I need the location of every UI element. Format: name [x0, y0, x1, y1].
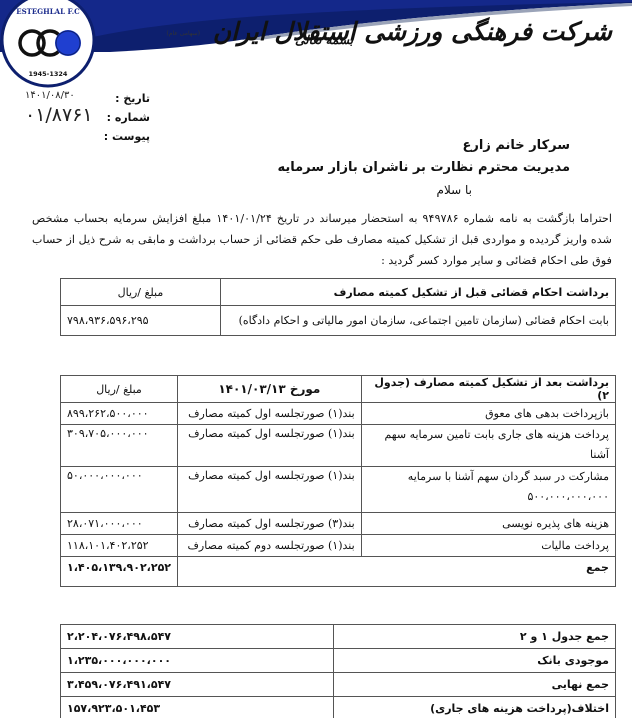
- table-row: مشارکت در سبد گردان سهم آشنا با سرمایه ۵…: [61, 467, 616, 513]
- table-total-row: جمع ۱،۴۰۵،۱۳۹،۹۰۲،۲۵۲: [61, 557, 616, 587]
- company-name-text: شرکت فرهنگی ورزشی استقلال ایران: [213, 17, 612, 46]
- row-amount: ۷۹۸،۹۳۶،۵۹۶،۲۹۵: [61, 306, 221, 336]
- table-row: اختلاف(پرداخت هزینه های جاری) ۱۵۷،۹۲۳،۵۰…: [61, 697, 616, 718]
- row-reference: بند(۱) صورتجلسه دوم کمیته مصارف: [178, 535, 362, 557]
- company-name: شرکت فرهنگی ورزشی استقلال ایران (سهامی ع…: [166, 17, 612, 46]
- row-amount: ۸۹۹،۲۶۲،۵۰۰،۰۰۰: [61, 403, 178, 425]
- svg-text:ESTEGHLAL F.C: ESTEGHLAL F.C: [16, 7, 80, 16]
- header-amount: مبلغ /ریال: [61, 279, 221, 306]
- date-value: ۱۴۰۱/۰۸/۳۰: [25, 90, 75, 101]
- recipient-department: مدیریت محترم نظارت بر ناشران بازار سرمای…: [277, 160, 570, 175]
- table-row: پرداخت مالیات بند(۱) صورتجلسه دوم کمیته …: [61, 535, 616, 557]
- row-amount: ۲۸،۰۷۱،۰۰۰،۰۰۰: [61, 513, 178, 535]
- row-amount: ۳،۴۵۹،۰۷۶،۴۹۱،۵۴۷: [61, 673, 334, 697]
- table-row: هزینه های پذیره نویسی بند(۳) صورتجلسه او…: [61, 513, 616, 535]
- row-amount: ۵۰،۰۰۰،۰۰۰،۰۰۰: [61, 467, 178, 513]
- row-description: مشارکت در سبد گردان سهم آشنا با سرمایه ۵…: [361, 467, 615, 513]
- esteghlal-logo: ESTEGHLAL F.C 1945-1324: [0, 0, 132, 92]
- row-reference: بند(۱) صورتجلسه اول کمیته مصارف: [178, 403, 362, 425]
- table-row: بابت احکام قضائی (سازمان تامین اجتماعی، …: [61, 306, 616, 336]
- row-description: هزینه های پذیره نویسی: [361, 513, 615, 535]
- row-amount: ۱،۲۳۵،۰۰۰،۰۰۰،۰۰۰: [61, 649, 334, 673]
- header-description: برداشت احکام قضائی قبل از تشکیل کمیته مص…: [220, 279, 615, 306]
- header-amount: مبلغ /ریال: [61, 376, 178, 403]
- table-header-row: برداشت بعد از تشکیل کمیته مصارف (جدول ۲)…: [61, 376, 616, 403]
- post-committee-withdrawals-table: برداشت بعد از تشکیل کمیته مصارف (جدول ۲)…: [60, 375, 616, 587]
- number-label: شماره :: [107, 111, 150, 124]
- greeting: با سلام: [437, 183, 472, 197]
- row-amount: ۲،۲۰۴،۰۷۶،۴۹۸،۵۴۷: [61, 625, 334, 649]
- header-reference: مورخ ۱۴۰۱/۰۳/۱۳: [178, 376, 362, 403]
- judicial-withdrawals-table: برداشت احکام قضائی قبل از تشکیل کمیته مص…: [60, 278, 616, 336]
- row-amount: ۳۰۹،۷۰۵،۰۰۰،۰۰۰: [61, 425, 178, 467]
- row-label: جمع جدول ۱ و ۲: [333, 625, 615, 649]
- row-label: جمع نهایی: [333, 673, 615, 697]
- table-header-row: برداشت احکام قضائی قبل از تشکیل کمیته مص…: [61, 279, 616, 306]
- row-amount: ۱۱۸،۱۰۱،۴۰۲،۲۵۲: [61, 535, 178, 557]
- summary-table: جمع جدول ۱ و ۲ ۲،۲۰۴،۰۷۶،۴۹۸،۵۴۷ موجودی …: [60, 624, 616, 718]
- row-amount: ۱۵۷،۹۲۳،۵۰۱،۴۵۳: [61, 697, 334, 718]
- total-label: جمع: [178, 557, 616, 587]
- recipient-name: سرکار خانم زارع: [463, 138, 570, 153]
- row-description: بابت احکام قضائی (سازمان تامین اجتماعی، …: [220, 306, 615, 336]
- attachment-label: پیوست :: [104, 130, 150, 143]
- row-description: بازپرداخت بدهی های معوق: [361, 403, 615, 425]
- row-label: موجودی بانک: [333, 649, 615, 673]
- table-row: پرداخت هزینه های جاری بابت تامین سرمایه …: [61, 425, 616, 467]
- table-row: جمع نهایی ۳،۴۵۹،۰۷۶،۴۹۱،۵۴۷: [61, 673, 616, 697]
- row-description: پرداخت هزینه های جاری بابت تامین سرمایه …: [361, 425, 615, 467]
- total-amount: ۱،۴۰۵،۱۳۹،۹۰۲،۲۵۲: [61, 557, 178, 587]
- svg-text:1945-1324: 1945-1324: [29, 70, 68, 78]
- row-reference: بند(۳) صورتجلسه اول کمیته مصارف: [178, 513, 362, 535]
- row-reference: بند(۱) صورتجلسه اول کمیته مصارف: [178, 425, 362, 467]
- table-row: موجودی بانک ۱،۲۳۵،۰۰۰،۰۰۰،۰۰۰: [61, 649, 616, 673]
- company-type: (سهامی عام): [166, 30, 200, 37]
- number-value: ۰۱/۸۷۶۱: [25, 104, 93, 126]
- row-description: پرداخت مالیات: [361, 535, 615, 557]
- row-label: اختلاف(پرداخت هزینه های جاری): [333, 697, 615, 718]
- letter-body: احتراما بازگشت به نامه شماره ۹۴۹۷۸۶ به ا…: [32, 208, 612, 271]
- table-row: جمع جدول ۱ و ۲ ۲،۲۰۴،۰۷۶،۴۹۸،۵۴۷: [61, 625, 616, 649]
- header-description: برداشت بعد از تشکیل کمیته مصارف (جدول ۲): [361, 376, 615, 403]
- date-label: تاریخ :: [115, 92, 150, 105]
- basmala: بسمه تعالی: [295, 33, 353, 47]
- table-row: بازپرداخت بدهی های معوق بند(۱) صورتجلسه …: [61, 403, 616, 425]
- row-reference: بند(۱) صورتجلسه اول کمیته مصارف: [178, 467, 362, 513]
